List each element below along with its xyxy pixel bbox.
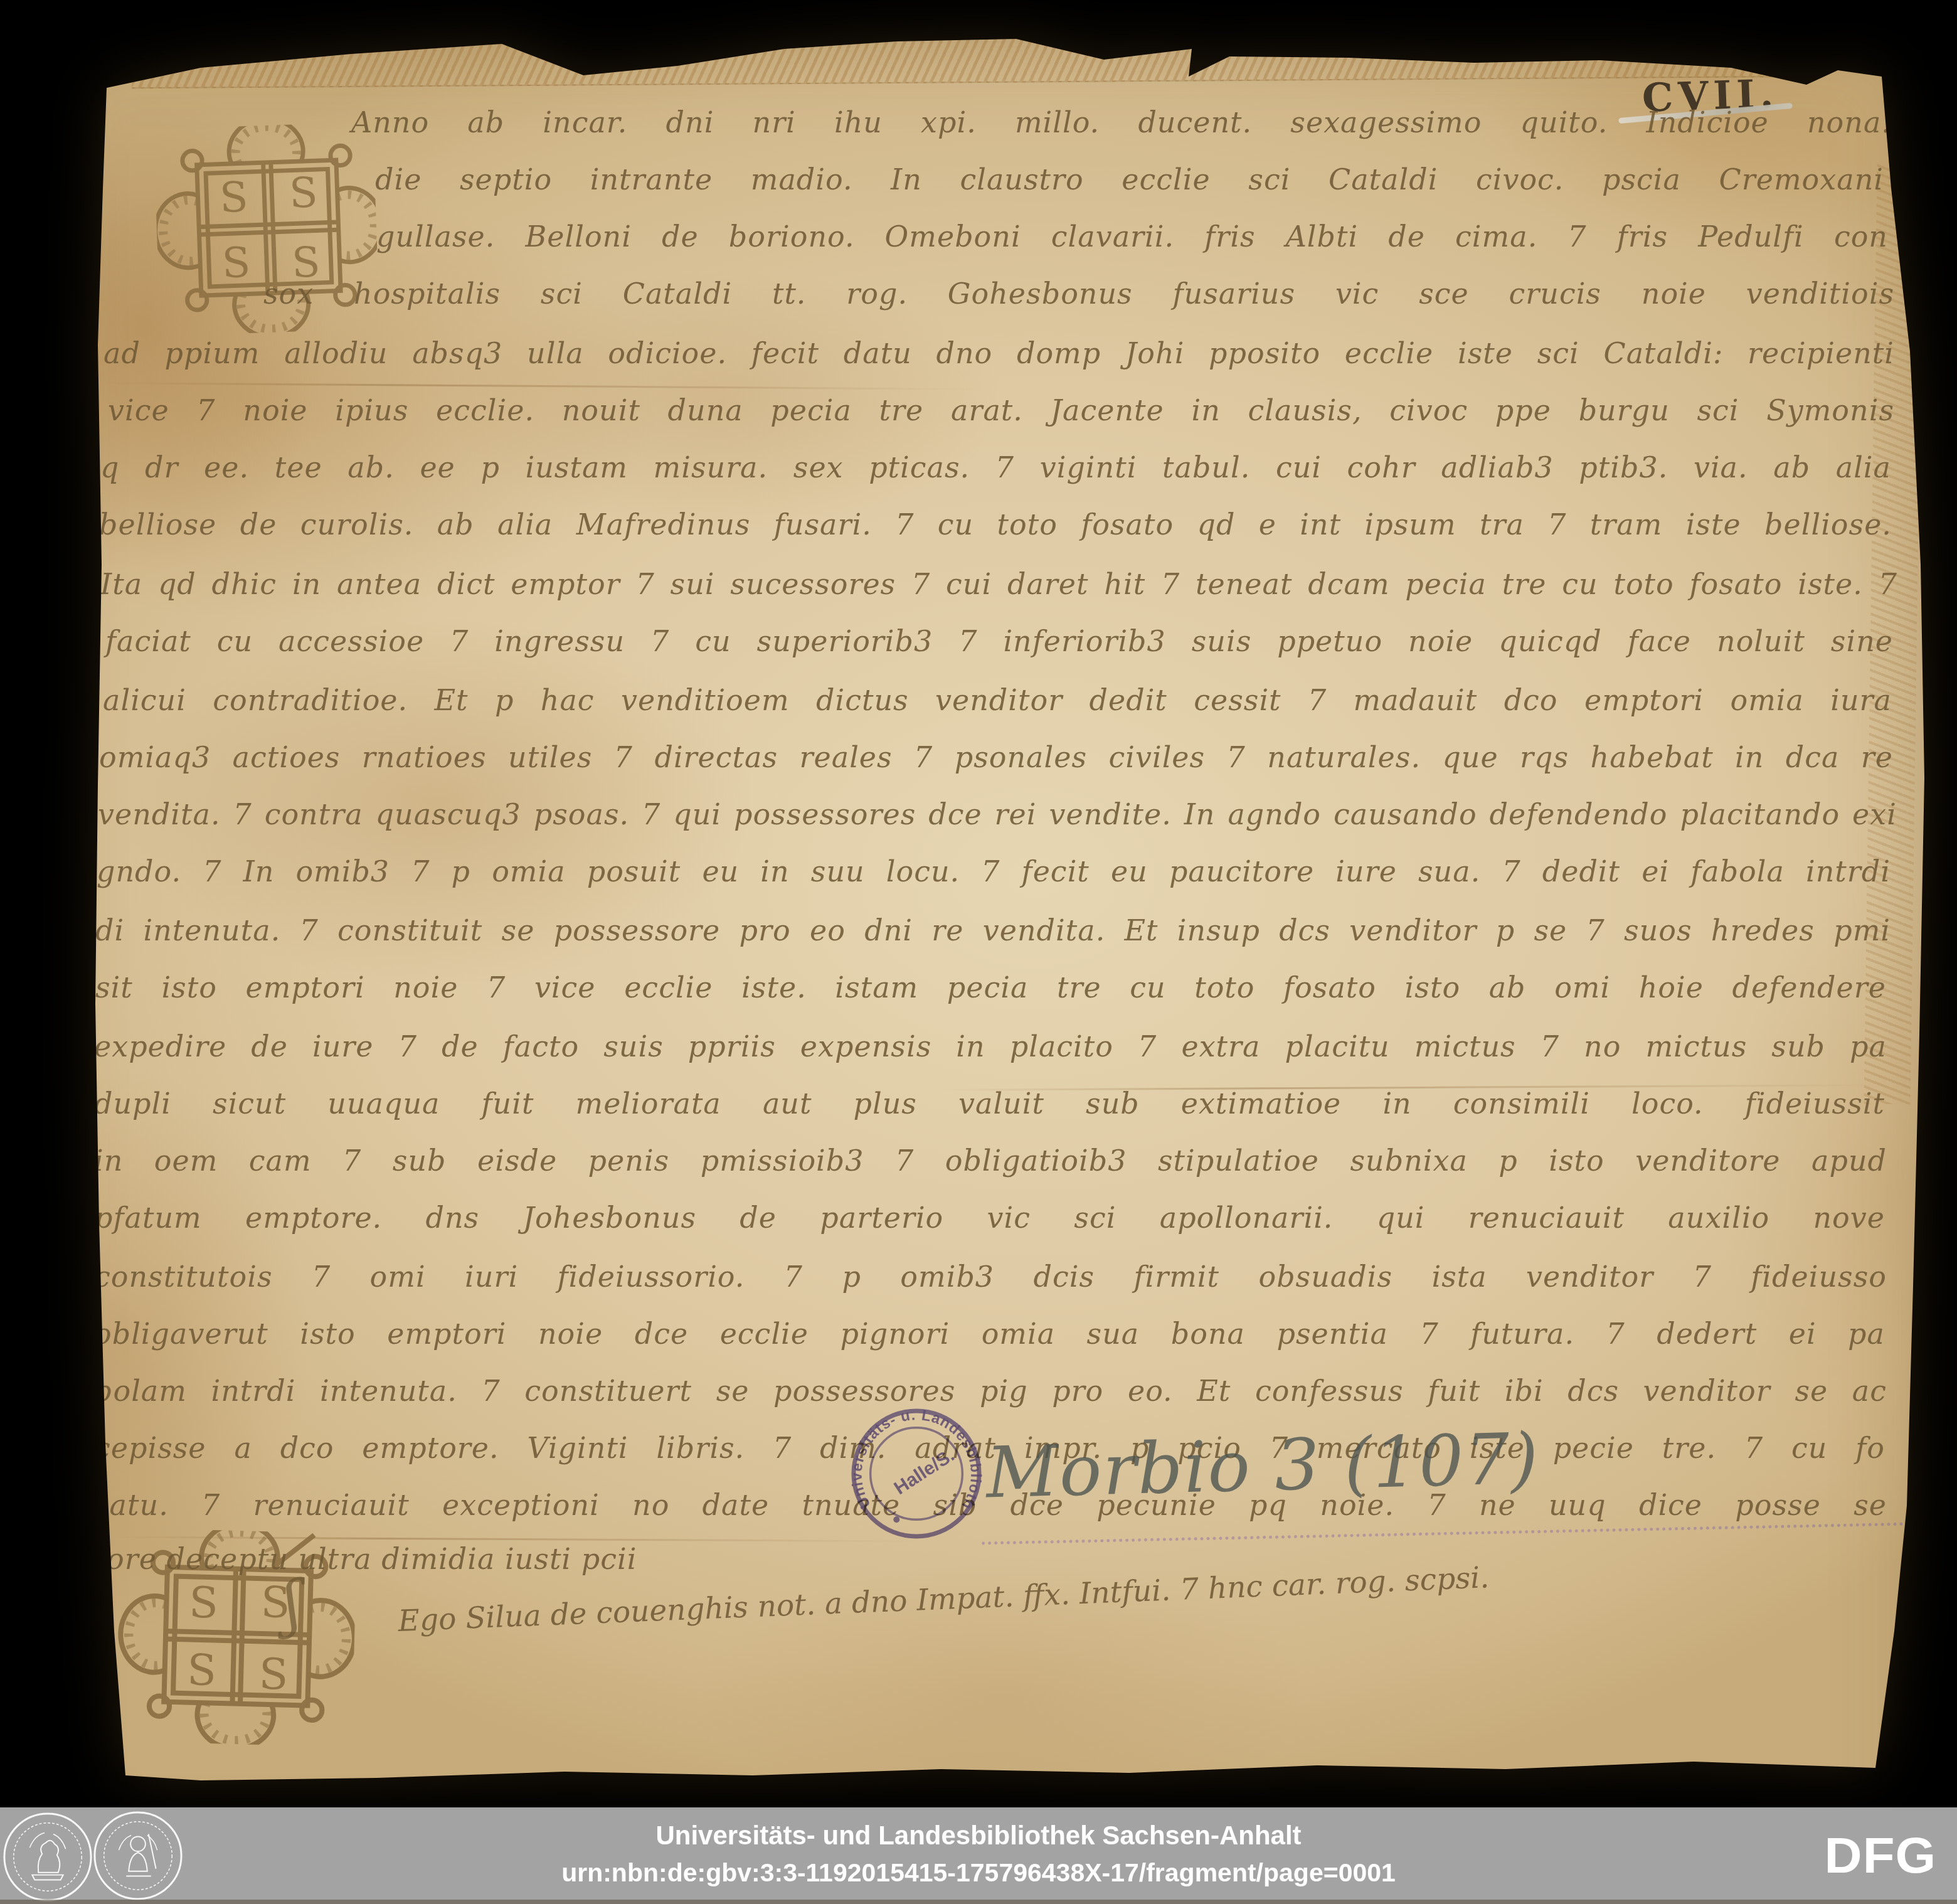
- manuscript-line: belliose de curolis. ab alia Mafredinus …: [99, 510, 1892, 539]
- manuscript-line: bolam intrdi intenuta. 7 constituert se …: [94, 1376, 1887, 1405]
- shelfmark-annotation: Morbio 3 (107): [985, 1418, 1540, 1514]
- manuscript-line: alicui contraditioe. Et p hac venditioem…: [103, 686, 1892, 715]
- parchment-wrap: CVII. S S S S: [0, 0, 1957, 1904]
- manuscript-line: gullase. Belloni de boriono. Omeboni cla…: [376, 222, 1888, 251]
- parchment-top-fold: [132, 31, 1813, 89]
- manuscript-line: expedire de iure 7 de facto suis ppriis …: [94, 1032, 1887, 1061]
- manuscript-line: fore deceptu ultra dimidia iusti pcii: [95, 1545, 785, 1573]
- notary-sign-letter: S: [219, 173, 249, 222]
- dfg-logo: DFG: [1825, 1827, 1937, 1885]
- manuscript-line: dupli sicut uuaqua fuit meliorata aut pl…: [94, 1089, 1885, 1118]
- manuscript-line: omiaq3 actioes rnatioes utiles 7 directa…: [99, 743, 1893, 772]
- stamp-offset-smear: [982, 1523, 1910, 1545]
- manuscript-line: q dr ee. tee ab. ee p iustam misura. sex…: [100, 453, 1891, 482]
- footer-bottom-strip: [0, 1900, 1957, 1904]
- manuscript-line: gndo. 7 In omib3 7 p omia posuit eu in s…: [97, 857, 1891, 886]
- notary-sign-letter: S: [221, 238, 252, 288]
- footer-library-name: Universitäts- und Landesbibliothek Sachs…: [0, 1821, 1957, 1851]
- manuscript-line: sox hospitalis sci Cataldi tt. rog. Gohe…: [263, 279, 1894, 308]
- manuscript-line: die septio intrante madio. In claustro e…: [375, 165, 1884, 194]
- manuscript-line: Anno ab incar. dni nri ihu xpi. millo. d…: [351, 108, 1891, 137]
- manuscript-line: pfatum emptore. dns Johesbonus de parter…: [94, 1203, 1885, 1232]
- library-stamp: Universitäts- u. Landesbibliothek Halle/…: [848, 1405, 985, 1542]
- manuscript-line: Ita qd dhic in antea dict emptor 7 sui s…: [100, 570, 1897, 598]
- manuscript-line: sit isto emptori noie 7 vice ecclie iste…: [95, 973, 1886, 1002]
- manuscript-line: ad ppium allodiu absq3 ulla odicioe. fec…: [103, 339, 1894, 368]
- manuscript-line: vice 7 noie ipius ecclie. nouit duna pec…: [108, 396, 1894, 425]
- manuscript-line: obligaverut isto emptori noie dce ecclie…: [94, 1319, 1885, 1348]
- notary-sign-letter: S: [186, 1646, 217, 1696]
- crease-line: [100, 382, 978, 390]
- notary-sign-letter: S: [188, 1578, 219, 1629]
- manuscript-line: constitutois 7 omi iuri fideiussorio. 7 …: [94, 1262, 1887, 1291]
- stamp-center-text: Halle/S.: [890, 1445, 958, 1499]
- parchment: CVII. S S S S: [0, 0, 1957, 1904]
- notary-sign-letter: S: [258, 1650, 289, 1700]
- notary-sign-letter: S: [289, 168, 319, 218]
- stamp-ring-text: Universitäts- u. Landesbibliothek: [848, 1405, 984, 1513]
- digitized-manuscript-page: CVII. S S S S: [0, 0, 1957, 1904]
- manuscript-line: vendita. 7 contra quascuq3 psoas. 7 qui …: [98, 800, 1897, 829]
- manuscript-line: in oem cam 7 sub eisde penis pmissioib3 …: [94, 1146, 1887, 1175]
- svg-text:Universitäts- u. Landesbibliot: Universitäts- u. Landesbibliothek: [848, 1405, 984, 1513]
- manuscript-line: di intenuta. 7 constituit se possessore …: [95, 916, 1891, 945]
- manuscript-line: faciat cu accessioe 7 ingressu 7 cu supe…: [105, 627, 1893, 656]
- footer-urn: urn:nbn:de:gbv:3:3-1192015415-175796438X…: [0, 1858, 1957, 1888]
